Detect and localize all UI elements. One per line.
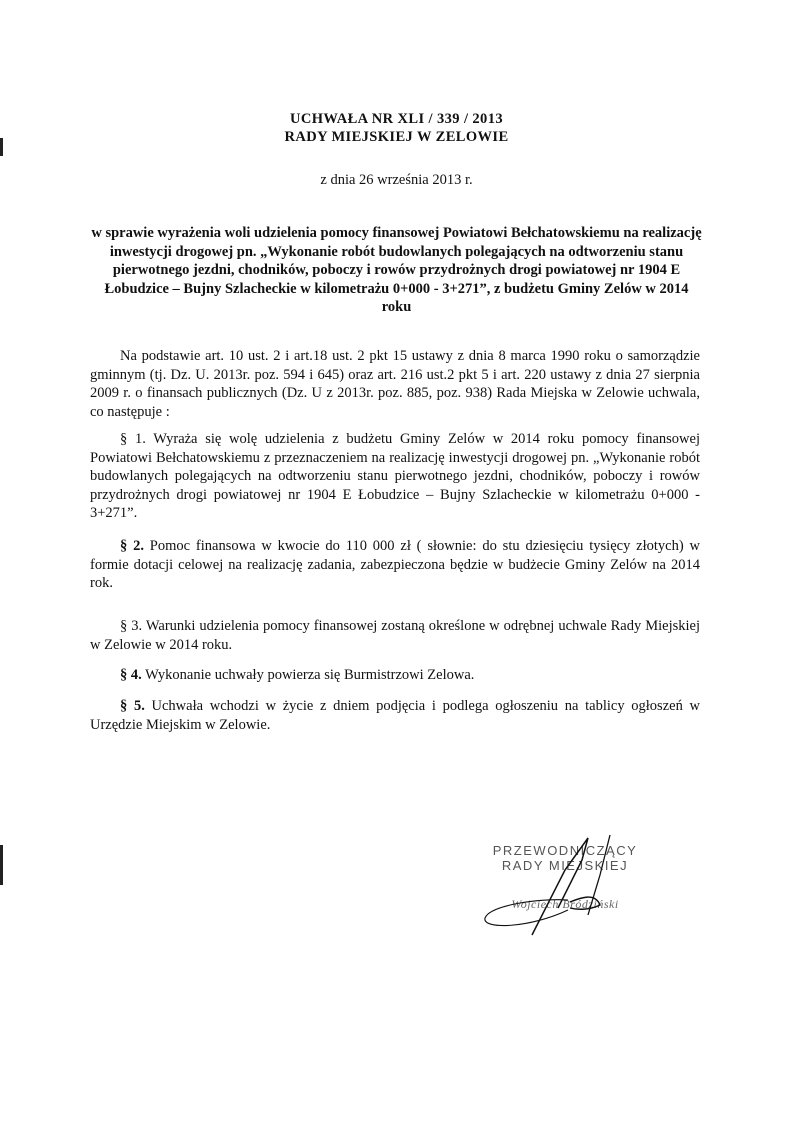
legal-basis: Na podstawie art. 10 ust. 2 i art.18 ust… xyxy=(90,347,700,421)
scan-artifact xyxy=(0,845,3,885)
section-number: § 3. xyxy=(120,618,142,634)
section-text: Warunki udzielenia pomocy finansowej zos… xyxy=(90,618,700,653)
section-1: § 1. Wyraża się wolę udzielenia z budżet… xyxy=(90,430,700,523)
section-number: § 4. xyxy=(120,667,142,683)
section-number: § 5. xyxy=(120,698,145,714)
section-5: § 5. Uchwała wchodzi w życie z dniem pod… xyxy=(90,697,700,734)
section-text: Uchwała wchodzi w życie z dniem podjęcia… xyxy=(90,698,700,733)
document-page: UCHWAŁA NR XLI / 339 / 2013 RADY MIEJSKI… xyxy=(0,0,793,1123)
resolution-title: UCHWAŁA NR XLI / 339 / 2013 xyxy=(0,111,793,128)
section-number: § 2. xyxy=(120,538,144,554)
resolution-subject: w sprawie wyrażenia woli udzielenia pomo… xyxy=(90,224,703,317)
resolution-date: z dnia 26 września 2013 r. xyxy=(0,172,793,189)
handwritten-signature-icon xyxy=(470,830,650,940)
section-number: § 1. xyxy=(120,431,146,447)
section-text: Pomoc finansowa w kwocie do 110 000 zł (… xyxy=(90,538,700,591)
council-name: RADY MIEJSKIEJ W ZELOWIE xyxy=(0,129,793,146)
section-3: § 3. Warunki udzielenia pomocy finansowe… xyxy=(90,617,700,654)
section-4: § 4. Wykonanie uchwały powierza się Burm… xyxy=(90,666,700,685)
section-text: Wyraża się wolę udzielenia z budżetu Gmi… xyxy=(90,431,700,521)
section-2: § 2. Pomoc finansowa w kwocie do 110 000… xyxy=(90,537,700,593)
section-text: Wykonanie uchwały powierza się Burmistrz… xyxy=(142,667,475,683)
